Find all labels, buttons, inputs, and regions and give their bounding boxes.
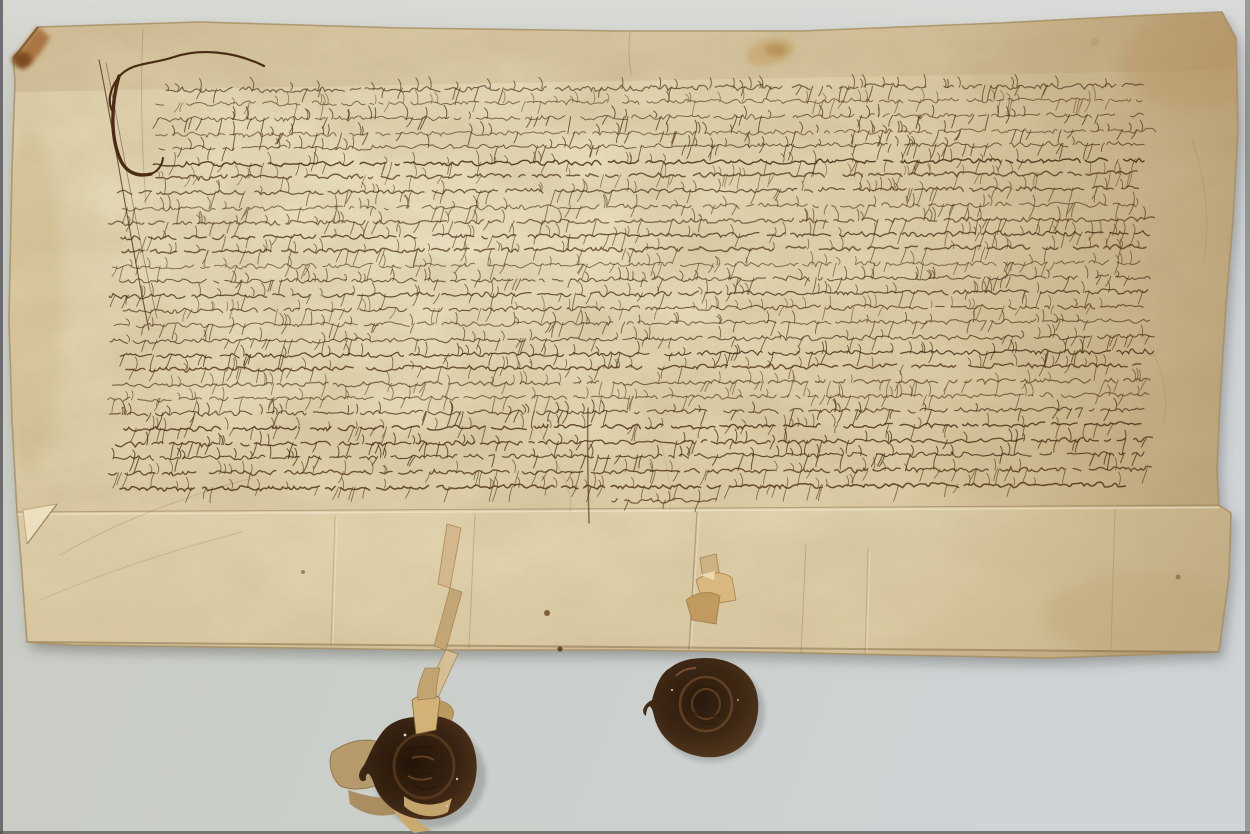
photo-edge-right — [1245, 0, 1250, 834]
plica-fold-band — [17, 506, 1231, 652]
photo-edge-left — [0, 0, 3, 834]
charter-svg — [0, 0, 1250, 834]
photograph — [0, 0, 1250, 834]
